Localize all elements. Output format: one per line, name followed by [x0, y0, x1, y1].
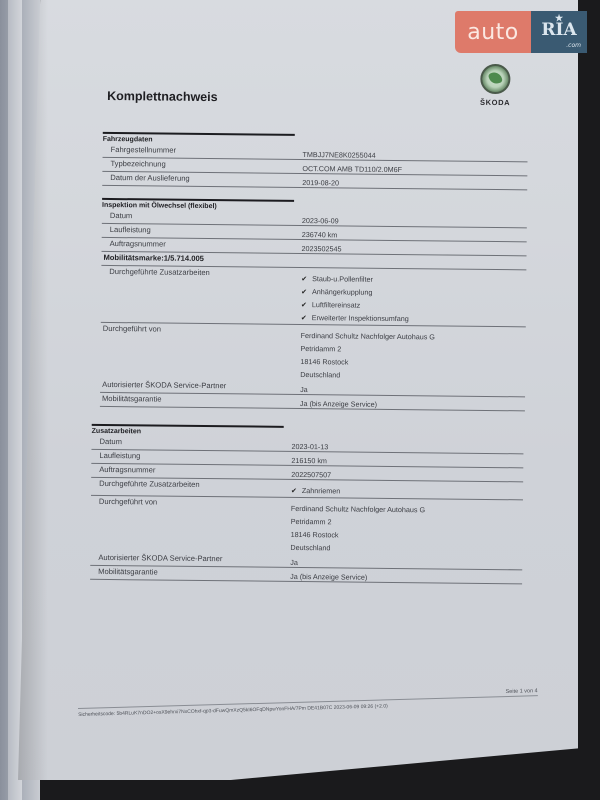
row-value: 216150 km: [291, 452, 523, 467]
watermark-ria-block: ★ RIA .com: [531, 11, 587, 53]
row-value: 2023502545: [302, 240, 527, 255]
extra-work-list: Staub-u.Pollenfilter Anhängerkupplung Lu…: [301, 268, 527, 326]
row-value: Ja: [300, 381, 525, 396]
extra-work-row: Durchgeführte Zusatzarbeiten Staub-u.Pol…: [101, 266, 527, 327]
watermark-com-text: .com: [566, 38, 581, 54]
performed-by-row: Durchgeführt von Ferdinand Schultz Nachf…: [90, 496, 523, 557]
row-value: 2023-01-13: [291, 438, 523, 453]
row-value: 2022507507: [291, 466, 523, 481]
row-value: TMBJJ7NE8K0255044: [303, 146, 528, 161]
watermark-auto-text: auto: [455, 11, 531, 53]
row-label: Durchgeführte Zusatzarbeiten: [91, 478, 291, 490]
row-label: Mobilitätsgarantie: [100, 393, 300, 405]
section-additional-work: Zusatzarbeiten Datum 2023-01-13 Laufleis…: [90, 424, 524, 585]
row-label: Auftragsnummer: [102, 238, 302, 250]
skoda-logo: ŠKODA: [473, 64, 517, 107]
row-label: Datum: [92, 436, 292, 448]
section-vehicle-data: Fahrzeugdaten Fahrgestellnummer TMBJJ7NE…: [102, 132, 528, 190]
row-value: Ja (bis Anzeige Service): [290, 568, 522, 583]
row-label: Durchgeführte Zusatzarbeiten: [101, 266, 301, 278]
section-inspection: Inspektion mit Ölwechsel (flexibel) Datu…: [100, 198, 527, 411]
check-item: Erweiterter Inspektionsumfang: [301, 311, 526, 326]
check-item: Zahnriemen: [291, 484, 523, 499]
mobility-mark: Mobilitätsmarke:1/5.714.005: [101, 252, 301, 264]
autoria-watermark: auto ★ RIA .com: [455, 11, 587, 53]
row-label: Datum der Auslieferung: [102, 172, 302, 184]
row-label: Autorisierter ŠKODA Service-Partner: [100, 379, 300, 391]
page-number: Seite 1 von 4: [506, 688, 539, 706]
document-title: Komplettnachweis: [107, 89, 218, 104]
row-label: Durchgeführt von: [101, 323, 301, 335]
row-value: 236740 km: [302, 226, 527, 241]
watermark-ria-text: RIA: [541, 22, 576, 38]
row-label: Auftragsnummer: [91, 464, 291, 476]
row-label: Autorisierter ŠKODA Service-Partner: [90, 552, 290, 564]
row-value: Ja (bis Anzeige Service): [300, 395, 525, 410]
skoda-logo-text: ŠKODA: [473, 98, 517, 107]
row-label: Typbezeichnung: [102, 158, 302, 170]
row-value: 2023-06-09: [302, 212, 527, 227]
extra-work-list: Zahnriemen: [291, 480, 523, 499]
row-label: Fahrgestellnummer: [103, 144, 303, 156]
dealer-address: Ferdinand Schultz Nachfolger Autohaus G …: [290, 498, 523, 556]
performed-by-row: Durchgeführt von Ferdinand Schultz Nachf…: [100, 323, 526, 383]
row-label: Laufleistung: [91, 450, 291, 462]
row-label: Mobilitätsgarantie: [90, 566, 290, 578]
document: Komplettnachweis ŠKODA Fahrzeugdaten Fah…: [0, 0, 600, 800]
row-label: Laufleistung: [102, 224, 302, 236]
dealer-address: Ferdinand Schultz Nachfolger Autohaus G …: [300, 325, 526, 383]
row-value: Ja: [290, 554, 522, 569]
row-value: 2019-08-20: [302, 174, 527, 189]
row-label: Datum: [102, 210, 302, 222]
row-value: OCT.COM AMB TD110/2.0M6F: [302, 160, 527, 175]
skoda-arrow-icon: [480, 64, 510, 94]
row-label: Durchgeführt von: [91, 496, 291, 508]
